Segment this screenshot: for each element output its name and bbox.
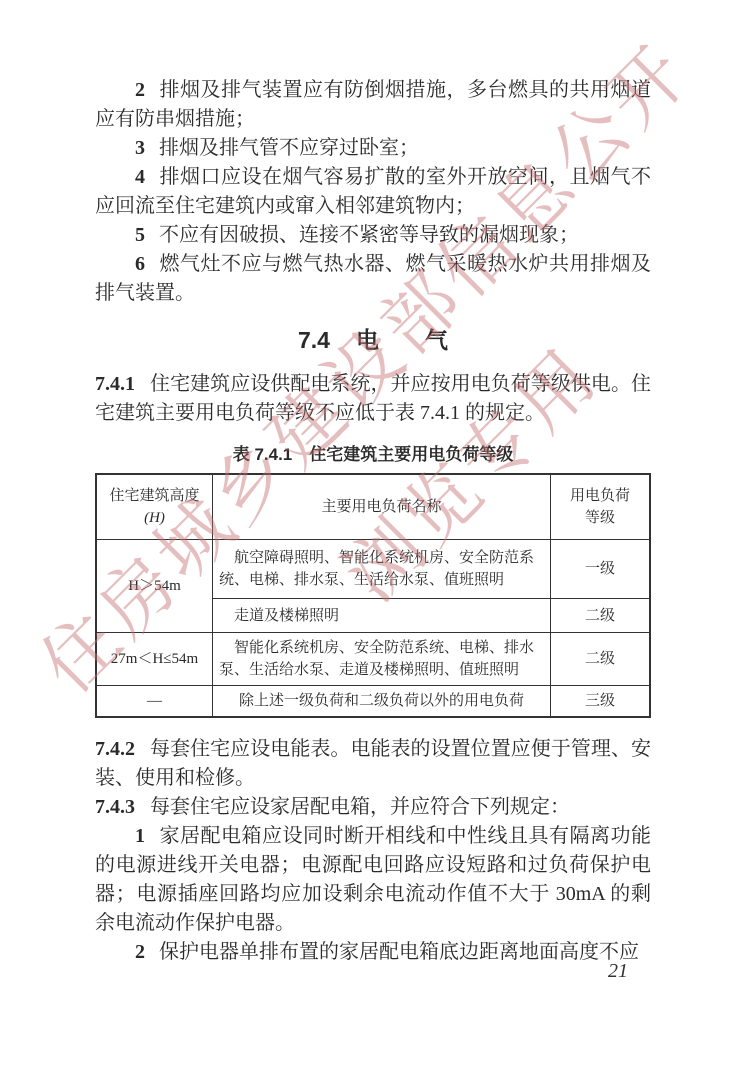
item-text: 保护电器单排布置的家居配电箱底边距离地面高度不应 — [159, 941, 639, 963]
section-heading-7-4: 7.4电 气 — [95, 324, 651, 356]
clause-text: 住宅建筑应设供配电系统，并应按用电负荷等级供电。住宅建筑主要用电负荷等级不应低于… — [95, 373, 651, 424]
item-text: 排烟及排气装置应有防倒烟措施，多台燃具的共用烟道应有防串烟措施； — [95, 79, 651, 130]
cell-grade: 二级 — [551, 633, 651, 686]
cell-grade: 三级 — [551, 686, 651, 718]
table-row: H＞54m 航空障碍照明、智能化系统机房、安全防范系统、电梯、排水泵、生活给水泵… — [96, 540, 650, 599]
item-number: 4 — [135, 166, 145, 188]
item-text: 排烟口应设在烟气容易扩散的室外开放空间，且烟气不应回流至住宅建筑内或窜入相邻建筑… — [95, 166, 651, 217]
table-caption: 表 7.4.1 住宅建筑主要用电负荷等级 — [95, 443, 651, 467]
item-number: 2 — [135, 79, 145, 101]
clause-7-4-2: 7.4.2每套住宅应设电能表。电能表的设置位置应便于管理、安装、使用和检修。 — [95, 735, 651, 793]
item-number: 1 — [135, 825, 145, 847]
cell-grade: 二级 — [551, 599, 651, 633]
cell-height: 27m＜H≤54m — [96, 633, 213, 686]
section-title: 电 气 — [356, 327, 448, 353]
document-page: 住房城乡建设部信息公开 浏览专用 2排烟及排气装置应有防倒烟措施，多台燃具的共用… — [0, 0, 740, 1072]
section-number: 7.4 — [298, 327, 330, 353]
cell-load: 走道及楼梯照明 — [213, 599, 551, 633]
clause-text: 每套住宅应设家居配电箱，并应符合下列规定： — [150, 796, 570, 818]
load-grade-table: 住宅建筑高度(H) 主要用电负荷名称 用电负荷等级 H＞54m 航空障碍照明、智… — [95, 473, 651, 718]
table-row: — 除上述一级负荷和二级负荷以外的用电负荷 三级 — [96, 686, 650, 718]
cell-height: H＞54m — [96, 540, 213, 633]
cell-height: — — [96, 686, 213, 718]
clause-number: 7.4.3 — [95, 796, 135, 818]
clause-item-6: 6燃气灶不应与燃气热水器、燃气采暖热水炉共用排烟及排气装置。 — [95, 250, 651, 308]
item-number: 6 — [135, 253, 145, 275]
header-building-height: 住宅建筑高度(H) — [96, 474, 213, 540]
clause-7-4-1: 7.4.1住宅建筑应设供配电系统，并应按用电负荷等级供电。住宅建筑主要用电负荷等… — [95, 370, 651, 428]
header-load-grade: 用电负荷等级 — [551, 474, 651, 540]
clause-text: 每套住宅应设电能表。电能表的设置位置应便于管理、安装、使用和检修。 — [95, 738, 651, 789]
cell-load: 除上述一级负荷和二级负荷以外的用电负荷 — [213, 686, 551, 718]
clause-item-2: 2排烟及排气装置应有防倒烟措施，多台燃具的共用烟道应有防串烟措施； — [95, 76, 651, 134]
clause-number: 7.4.2 — [95, 738, 135, 760]
item-text: 排烟及排气管不应穿过卧室； — [159, 137, 419, 159]
clause-7-4-3-item-2: 2保护电器单排布置的家居配电箱底边距离地面高度不应 — [95, 938, 651, 967]
item-text: 家居配电箱应设同时断开相线和中性线且具有隔离功能的电源进线开关电器；电源配电回路… — [95, 825, 651, 934]
clause-item-3: 3排烟及排气管不应穿过卧室； — [95, 134, 651, 163]
item-number: 3 — [135, 137, 145, 159]
page-number: 21 — [608, 960, 628, 983]
table-row: 27m＜H≤54m 智能化系统机房、安全防范系统、电梯、排水泵、生活给水泵、走道… — [96, 633, 650, 686]
page-content: 2排烟及排气装置应有防倒烟措施，多台燃具的共用烟道应有防串烟措施； 3排烟及排气… — [95, 76, 651, 967]
table-header-row: 住宅建筑高度(H) 主要用电负荷名称 用电负荷等级 — [96, 474, 650, 540]
clause-7-4-3-item-1: 1家居配电箱应设同时断开相线和中性线且具有隔离功能的电源进线开关电器；电源配电回… — [95, 822, 651, 938]
clause-item-4: 4排烟口应设在烟气容易扩散的室外开放空间，且烟气不应回流至住宅建筑内或窜入相邻建… — [95, 163, 651, 221]
cell-grade: 一级 — [551, 540, 651, 599]
clause-number: 7.4.1 — [95, 373, 135, 395]
item-number: 2 — [135, 941, 145, 963]
item-number: 5 — [135, 224, 145, 246]
clause-7-4-3: 7.4.3每套住宅应设家居配电箱，并应符合下列规定： — [95, 793, 651, 822]
header-load-name: 主要用电负荷名称 — [213, 474, 551, 540]
cell-load: 航空障碍照明、智能化系统机房、安全防范系统、电梯、排水泵、生活给水泵、值班照明 — [213, 540, 551, 599]
item-text: 燃气灶不应与燃气热水器、燃气采暖热水炉共用排烟及排气装置。 — [95, 253, 651, 304]
item-text: 不应有因破损、连接不紧密等导致的漏烟现象； — [159, 224, 579, 246]
cell-load: 智能化系统机房、安全防范系统、电梯、排水泵、生活给水泵、走道及楼梯照明、值班照明 — [213, 633, 551, 686]
clause-item-5: 5不应有因破损、连接不紧密等导致的漏烟现象； — [95, 221, 651, 250]
